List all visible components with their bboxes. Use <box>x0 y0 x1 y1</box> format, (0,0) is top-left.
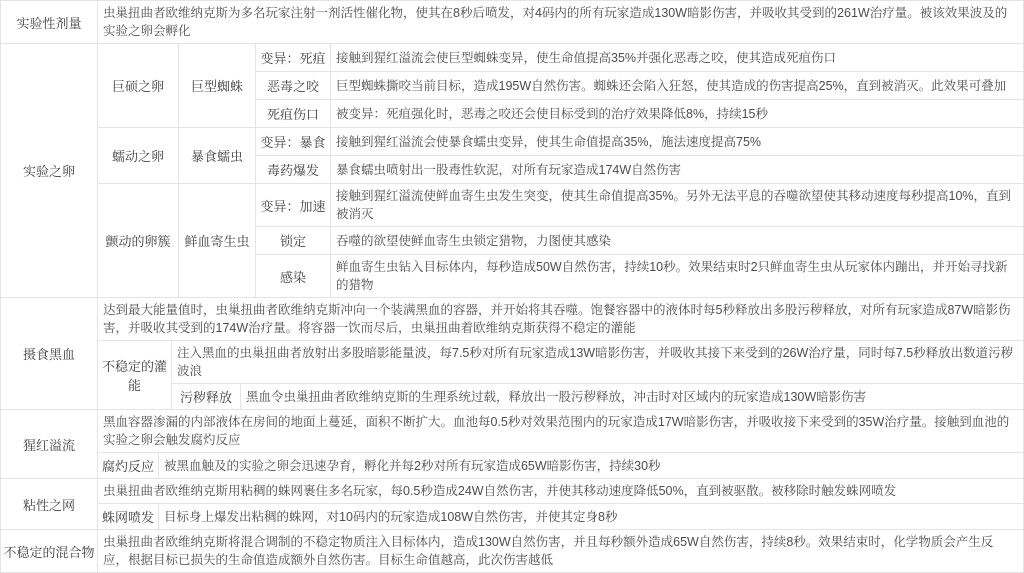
ability-desc: 注入黑血的虫巢扭曲者放射出多股暗影能量波，每7.5秒对所有玩家造成13W暗影伤害… <box>172 341 1024 384</box>
ability-name: 感染 <box>256 255 331 298</box>
creature-label-blood-parasite: 鲜血寄生虫 <box>179 184 256 298</box>
ability-name-corrosive-reaction: 腐灼反应 <box>98 453 159 479</box>
table-row: 猩红溢流 黑血容器渗漏的内部液体在房间的地面上蔓延，面积不断扩大。血池每0.5秒… <box>1 410 1024 453</box>
egg-label-giant-egg: 巨硕之卵 <box>98 44 179 128</box>
ability-name-web-burst: 蛛网喷发 <box>98 504 159 530</box>
table-row: 摄食黑血 达到最大能量值时，虫巢扭曲者欧维纳克斯冲向一个装满黑血的容器，并开始将… <box>1 298 1024 341</box>
creature-label-gluttonous-worm: 暴食蠕虫 <box>179 128 256 184</box>
section-label-unstable-mixture: 不稳定的混合物 <box>1 530 98 573</box>
table-row: 蠕动之卵 暴食蠕虫 变异：暴食 接触到猩红溢流会使暴食蠕虫变异，使其生命值提高3… <box>1 128 1024 156</box>
ability-desc: 吞噬的欲望使鲜血寄生虫锁定猎物，力图使其感染 <box>331 227 1024 255</box>
ability-name: 恶毒之咬 <box>256 72 331 100</box>
table-row: 粘性之网 虫巢扭曲者欧维纳克斯用粘稠的蛛网裹住多名玩家，每0.5秒造成24W自然… <box>1 479 1024 504</box>
ability-desc: 接触到猩红溢流会使暴食蠕虫变异，使其生命值提高35%，施法速度提高75% <box>331 128 1024 156</box>
ability-desc: 被变异：死疽强化时，恶毒之咬还会使目标受到的治疗效果降低8%，持续15秒 <box>331 100 1024 128</box>
table-row: 实验性剂量 虫巢扭曲者欧维纳克斯为多名玩家注射一剂活性催化物，使其在8秒后喷发，… <box>1 1 1024 44</box>
section-desc-unstable-mixture: 虫巢扭曲者欧维纳克斯将混合调制的不稳定物质注入目标体内，造成130W自然伤害，并… <box>98 530 1024 573</box>
table-row: 腐灼反应 被黑血触及的实验之卵会迅速孕育，孵化并每2秒对所有玩家造成65W暗影伤… <box>1 453 1024 479</box>
table-row: 实验之卵 巨硕之卵 巨型蜘蛛 变异：死疽 接触到猩红溢流会使巨型蜘蛛变异，使生命… <box>1 44 1024 72</box>
creature-label-giant-spider: 巨型蜘蛛 <box>179 44 256 128</box>
ability-name-unstable-infusion: 不稳定的灌能 <box>98 341 172 410</box>
section-experimental-eggs: 实验之卵 巨硕之卵 巨型蜘蛛 变异：死疽 接触到猩红溢流会使巨型蜘蛛变异，使生命… <box>0 43 1024 298</box>
ability-desc: 接触到猩红溢流使鲜血寄生虫发生突变，使其生命值提高35%。另外无法平息的吞噬欲望… <box>331 184 1024 227</box>
section-desc-crimson-overflow: 黑血容器渗漏的内部液体在房间的地面上蔓延，面积不断扩大。血池每0.5秒对效果范围… <box>98 410 1024 453</box>
ability-desc: 接触到猩红溢流会使巨型蜘蛛变异，使生命值提高35%并强化恶毒之咬，使其造成死疽伤… <box>331 44 1024 72</box>
egg-label-trembling-cluster: 颤动的卵簇 <box>98 184 179 298</box>
section-experimental-dose: 实验性剂量 虫巢扭曲者欧维纳克斯为多名玩家注射一剂活性催化物，使其在8秒后喷发，… <box>0 0 1024 44</box>
section-label-sticky-web: 粘性之网 <box>1 479 98 530</box>
section-desc-experimental-dose: 虫巢扭曲者欧维纳克斯为多名玩家注射一剂活性催化物，使其在8秒后喷发，对4码内的所… <box>98 1 1024 44</box>
section-crimson-overflow: 猩红溢流 黑血容器渗漏的内部液体在房间的地面上蔓延，面积不断扩大。血池每0.5秒… <box>0 409 1024 479</box>
ability-name: 毒药爆发 <box>256 156 331 184</box>
ability-desc: 巨型蜘蛛撕咬当前目标，造成195W自然伤害。蜘蛛还会陷入狂怒，使其造成的伤害提高… <box>331 72 1024 100</box>
ability-name: 变异：死疽 <box>256 44 331 72</box>
section-sticky-web: 粘性之网 虫巢扭曲者欧维纳克斯用粘稠的蛛网裹住多名玩家，每0.5秒造成24W自然… <box>0 478 1024 530</box>
table-row: 不稳定的灌能 注入黑血的虫巢扭曲者放射出多股暗影能量波，每7.5秒对所有玩家造成… <box>1 341 1024 384</box>
ability-desc: 被黑血触及的实验之卵会迅速孕育，孵化并每2秒对所有玩家造成65W暗影伤害，持续3… <box>159 453 1024 479</box>
ability-desc: 暴食蠕虫喷射出一股毒性软泥，对所有玩家造成174W自然伤害 <box>331 156 1024 184</box>
section-unstable-mixture: 不稳定的混合物 虫巢扭曲者欧维纳克斯将混合调制的不稳定物质注入目标体内，造成13… <box>0 529 1024 573</box>
section-label-experimental-dose: 实验性剂量 <box>1 1 98 44</box>
section-label-ingest-black-blood: 摄食黑血 <box>1 298 98 410</box>
ability-desc: 黑血令虫巢扭曲者欧维纳克斯的生理系统过载，释放出一股污秽释放，冲击时对区域内的玩… <box>241 384 1024 410</box>
section-desc-ingest-black-blood: 达到最大能量值时，虫巢扭曲者欧维纳克斯冲向一个装满黑血的容器，并开始将其吞噬。饱… <box>98 298 1024 341</box>
table-row: 不稳定的混合物 虫巢扭曲者欧维纳克斯将混合调制的不稳定物质注入目标体内，造成13… <box>1 530 1024 573</box>
section-ingest-black-blood: 摄食黑血 达到最大能量值时，虫巢扭曲者欧维纳克斯冲向一个装满黑血的容器，并开始将… <box>0 297 1024 410</box>
table-row: 颤动的卵簇 鲜血寄生虫 变异：加速 接触到猩红溢流使鲜血寄生虫发生突变，使其生命… <box>1 184 1024 227</box>
section-label-experimental-eggs: 实验之卵 <box>1 44 98 298</box>
ability-name: 锁定 <box>256 227 331 255</box>
ability-name: 变异：暴食 <box>256 128 331 156</box>
ability-name: 变异：加速 <box>256 184 331 227</box>
ability-desc: 目标身上爆发出粘稠的蛛网，对10码内的玩家造成108W自然伤害，并使其定身8秒 <box>159 504 1024 530</box>
ability-desc: 鲜血寄生虫钻入目标体内，每秒造成50W自然伤害，持续10秒。效果结束时2只鲜血寄… <box>331 255 1024 298</box>
table-row: 蛛网喷发 目标身上爆发出粘稠的蛛网，对10码内的玩家造成108W自然伤害，并使其… <box>1 504 1024 530</box>
section-desc-sticky-web: 虫巢扭曲者欧维纳克斯用粘稠的蛛网裹住多名玩家，每0.5秒造成24W自然伤害，并使… <box>98 479 1024 504</box>
ability-name: 死疽伤口 <box>256 100 331 128</box>
section-label-crimson-overflow: 猩红溢流 <box>1 410 98 479</box>
ability-name-foul-release: 污秽释放 <box>172 384 241 410</box>
egg-label-wriggling-egg: 蠕动之卵 <box>98 128 179 184</box>
